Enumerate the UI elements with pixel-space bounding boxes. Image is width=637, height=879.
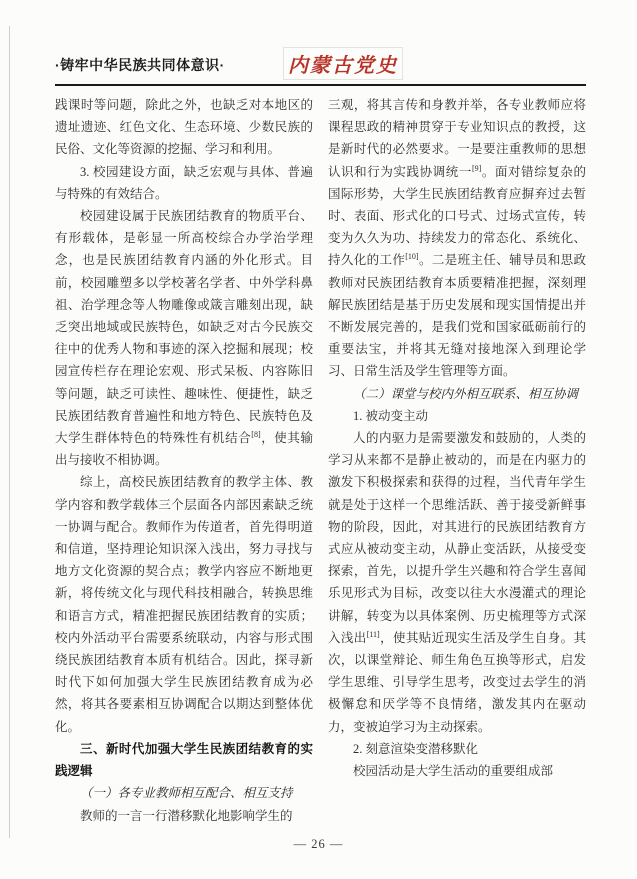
body-paragraph: 校园建设属于民族团结教育的物质平台、有形载体，是彰显一所高校综合办学治学理念，也… xyxy=(55,205,313,471)
subsection-heading: （一）各专业教师相互配合、相互支持 xyxy=(55,782,313,804)
left-column: 践课时等问题，除此之外，也缺乏对本地区的遗址遗迹、红色文化、生态环境、少数民族的… xyxy=(55,94,313,827)
body-paragraph: 践课时等问题，除此之外，也缺乏对本地区的遗址遗迹、红色文化、生态环境、少数民族的… xyxy=(55,94,313,161)
page-footer: — 26 — xyxy=(0,837,637,852)
journal-page: ·铸牢中华民族共同体意识· 内蒙古党史 践课时等问题，除此之外，也缺乏对本地区的… xyxy=(0,0,637,879)
citation-ref: [11] xyxy=(367,630,380,639)
citation-ref: [10] xyxy=(405,252,418,261)
citation-ref: [8] xyxy=(251,430,260,439)
scan-edge-line xyxy=(9,26,10,838)
right-column: 三观，将其言传和身教并举，各专业教师应将课程思政的精神贯穿于专业知识点的教授，这… xyxy=(328,94,586,827)
article-body: 践课时等问题，除此之外，也缺乏对本地区的遗址遗迹、红色文化、生态环境、少数民族的… xyxy=(55,94,586,827)
page-header: ·铸牢中华民族共同体意识· 内蒙古党史 xyxy=(55,46,586,80)
body-paragraph: 教师的一言一行潜移默化地影响学生的 xyxy=(55,805,313,827)
column-title: ·铸牢中华民族共同体意识· xyxy=(55,55,225,75)
body-paragraph: 3. 校园建设方面，缺乏宏观与具体、普遍与特殊的有效结合。 xyxy=(55,161,313,205)
journal-masthead-logo: 内蒙古党史 xyxy=(283,47,403,80)
subsection-heading: （二）课堂与校内外相互联系、相互协调 xyxy=(328,383,586,405)
body-paragraph: 校园活动是大学生活动的重要组成部 xyxy=(328,760,586,782)
header-rule xyxy=(55,84,586,86)
body-paragraph: 2. 刻意渲染变潜移默化 xyxy=(328,738,586,760)
page-number: — 26 — xyxy=(294,837,344,851)
body-paragraph: 三观，将其言传和身教并举，各专业教师应将课程思政的精神贯穿于专业知识点的教授，这… xyxy=(328,94,586,383)
body-paragraph: 综上，高校民族团结教育的教学主体、教学内容和教学载体三个层面各内部因素缺乏统一协… xyxy=(55,471,313,737)
body-paragraph: 人的内驱力是需要激发和鼓励的，人类的学习从来都不是静止被动的，而是在内驱力的激发… xyxy=(328,427,586,738)
body-paragraph: 1. 被动变主动 xyxy=(328,405,586,427)
section-heading: 三、新时代加强大学生民族团结教育的实践逻辑 xyxy=(55,738,313,782)
citation-ref: [9] xyxy=(472,163,481,172)
